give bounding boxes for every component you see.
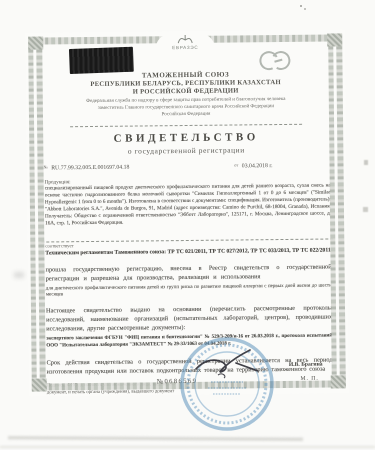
redacted-block: [69, 47, 134, 74]
scan-artifact: [8, 436, 303, 441]
date-prefix: от: [234, 163, 238, 168]
regulations-text: Техническим регламентам Таможенного союз…: [45, 248, 331, 258]
product-description: специализированный пищевой продукт диети…: [45, 183, 331, 227]
border-corner: [32, 378, 47, 391]
usage-paragraph: для диетического профилактического питан…: [46, 283, 332, 300]
document-subtitle: о государственной регистрации: [26, 145, 346, 157]
stamp-icon: [178, 335, 276, 433]
scan-artifact: [14, 272, 24, 278]
scan-artifact: [363, 207, 368, 212]
agency-line3: Российская Федерация: [52, 110, 320, 120]
border-corner: [327, 33, 342, 46]
scan-artifact: [300, 5, 302, 7]
border-corner: [331, 375, 346, 388]
certificate-header: ТАМОЖЕННЫЙ СОЮЗ РЕСПУБЛИКИ БЕЛАРУСЬ, РЕС…: [26, 69, 346, 120]
divider-dashed: [70, 124, 302, 127]
emblem-caption: ЕВРАЗЭС: [156, 45, 214, 51]
scan-artifact: [364, 160, 368, 165]
number-prefix: №: [43, 165, 47, 170]
certificate-date: 03.04.2018 г.: [242, 163, 273, 169]
certificate-number: RU.77.99.32.005.Е.001697.04.18: [51, 165, 129, 172]
document-title: СВИДЕТЕЛЬСТВО: [26, 131, 346, 146]
number-row: № RU.77.99.32.005.Е.001697.04.18 от 03.0…: [43, 163, 330, 172]
eagle-emblem-icon: [176, 33, 194, 45]
evrazes-emblem: ЕВРАЗЭС: [156, 31, 214, 58]
basis-paragraph: Настоящее свидетельство выдано на основа…: [46, 305, 332, 335]
se-registration-mark-icon: [259, 51, 295, 71]
round-registration-stamp: [178, 335, 276, 433]
scan-artifact: [0, 446, 375, 448]
border-corner: [28, 36, 43, 49]
seal-place-mark: М. П.: [300, 376, 318, 382]
scanned-certificate-page: ЕВРАЗЭС ТАМОЖЕННЫЙ СОЮЗ РЕСПУБЛИКИ БЕЛАР…: [0, 0, 375, 450]
signer-name: И.В. Брагина: [289, 362, 323, 368]
registration-paragraph: прошла государственную регистрацию, внес…: [46, 263, 332, 284]
